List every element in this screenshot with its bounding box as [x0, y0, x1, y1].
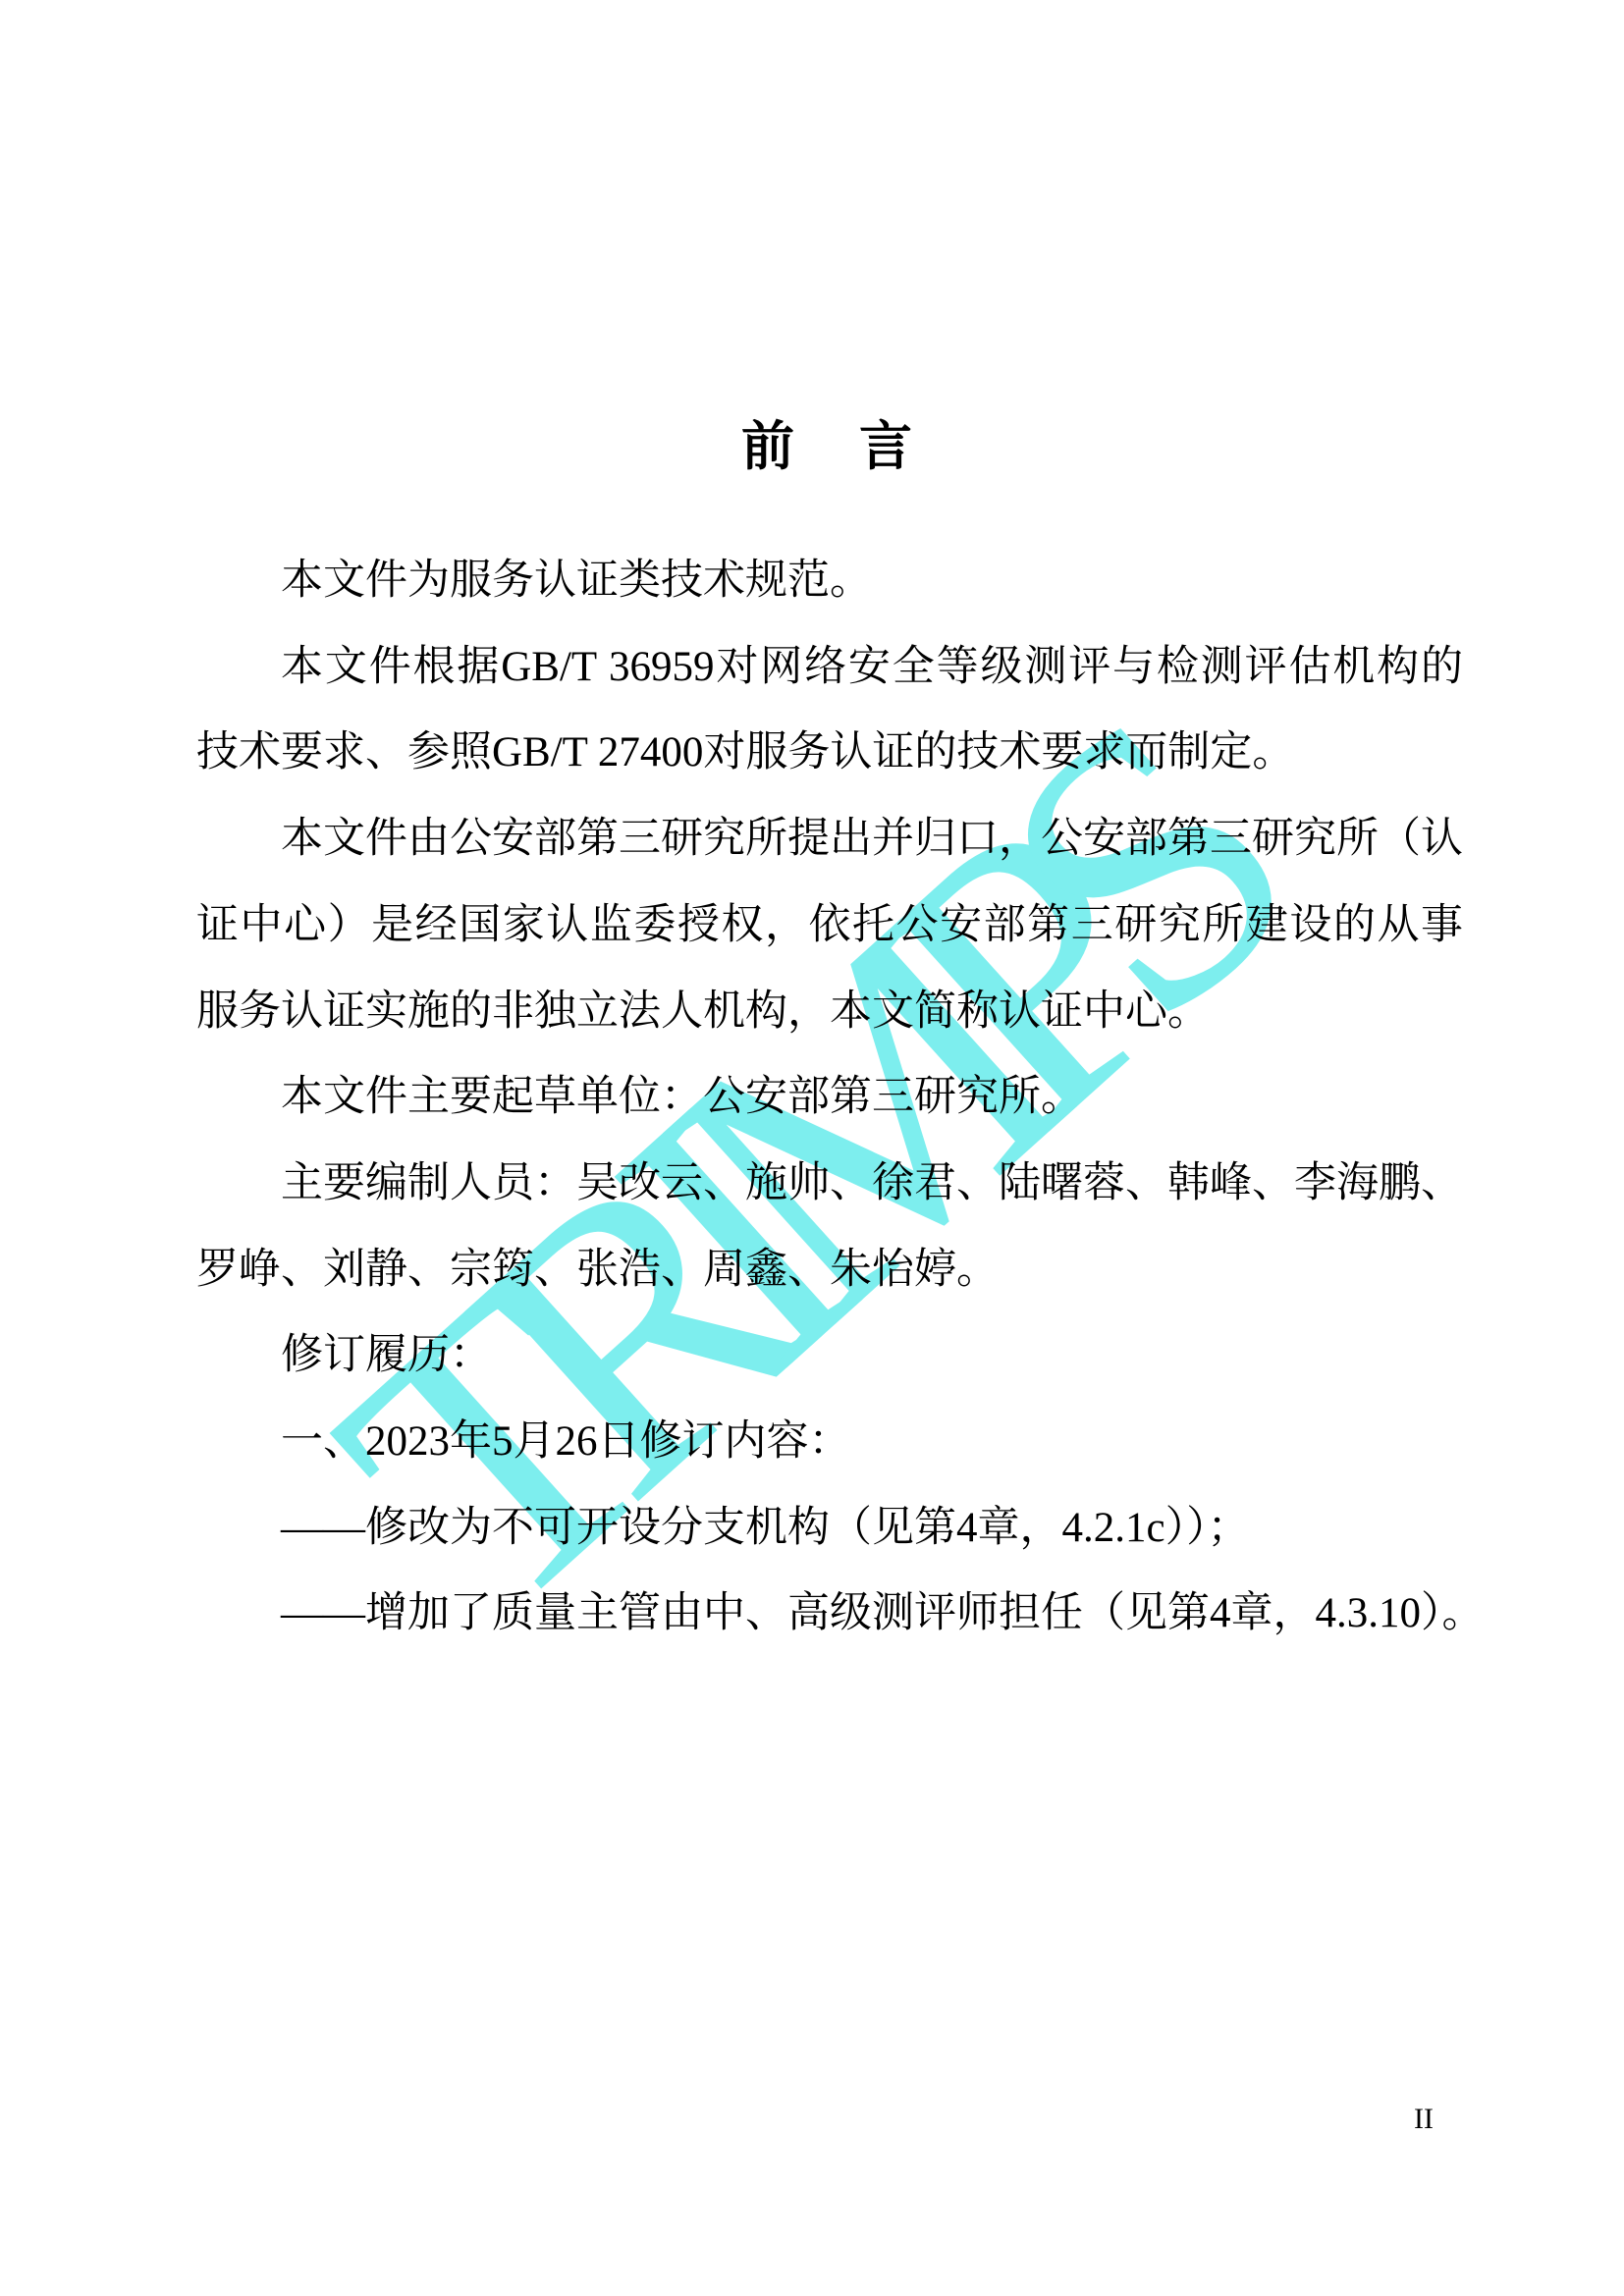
body-line: 本文件由公安部第三研究所提出并归口，公安部第三研究所（认 [196, 796, 1463, 882]
body-line: 本文件主要起草单位：公安部第三研究所。 [196, 1054, 1463, 1141]
body-line: ——修改为不可开设分支机构（见第4章，4.2.1c））； [196, 1485, 1463, 1572]
document-body: 本文件为服务认证类技术规范。 本文件根据GB/T 36959对网络安全等级测评与… [196, 538, 1463, 1657]
body-line: 证中心）是经国家认监委授权，依托公安部第三研究所建设的从事 [196, 882, 1463, 969]
document-page: TRIMPS 前 言 本文件为服务认证类技术规范。 本文件根据GB/T 3695… [0, 0, 1624, 2296]
body-line: 技术要求、参照GB/T 27400对服务认证的技术要求而制定。 [196, 710, 1463, 796]
body-line: 一、2023年5月26日修订内容： [196, 1399, 1463, 1485]
body-line: 主要编制人员：吴改云、施帅、徐君、陆曙蓉、韩峰、李海鹏、 [196, 1141, 1463, 1227]
page-number: II [1414, 2103, 1434, 2136]
body-line: 本文件为服务认证类技术规范。 [196, 538, 1463, 624]
page-title: 前 言 [196, 416, 1463, 477]
body-line: 服务认证实施的非独立法人机构，本文简称认证中心。 [196, 969, 1463, 1055]
body-line: ——增加了质量主管由中、高级测评师担任（见第4章，4.3.10）。 [196, 1571, 1463, 1657]
body-line: 修订履历： [196, 1312, 1463, 1399]
body-line: 本文件根据GB/T 36959对网络安全等级测评与检测评估机构的 [196, 624, 1463, 711]
body-line: 罗峥、刘静、宗筠、张浩、周鑫、朱怡婷。 [196, 1227, 1463, 1313]
